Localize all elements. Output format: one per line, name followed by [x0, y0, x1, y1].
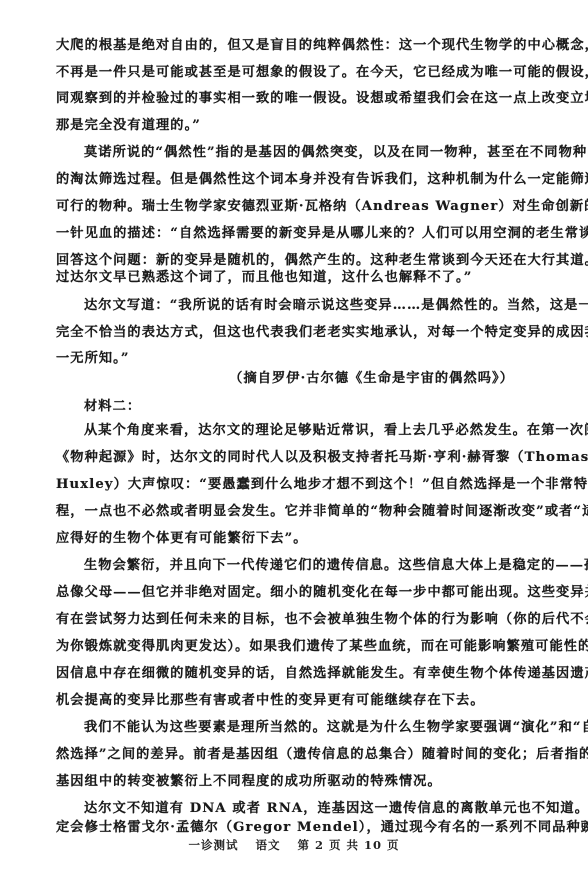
text-line: 的淘汰筛选过程。但是偶然性这个词本身并没有告诉我们，这种机制为什么一定能筛选出: [56, 170, 540, 190]
text-line: 应得好的生物个体更有可能繁衍下去”。: [56, 529, 540, 549]
text-line: 过达尔文早已熟悉这个词了，而且他也知道，这什么也解释不了。”: [56, 268, 540, 288]
source-citation: （摘自罗伊·古尔德《生命是宇宙的偶然吗》）: [229, 369, 514, 389]
text-line: 基因组中的转变被繁衍上不同程度的成功所驱动的特殊情况。: [56, 772, 540, 792]
paragraph-start: 达尔文写道：“我所说的话有时会暗示说这些变异……是偶然性的。当然，这是一个: [84, 296, 540, 316]
exam-name: 一诊测试: [188, 838, 238, 852]
text-line: 为你锻炼就变得肌肉更发达）。如果我们遗传了某些血统，而在可能影响繁殖可能性的基: [56, 637, 540, 657]
paragraph-start: 我们不能认为这些要素是理所当然的。这就是为什么生物学家要强调“演化”和“自: [84, 718, 540, 738]
text-line: 机会提高的变异比那些有害或者中性的变异更有可能继续存在下去。: [56, 691, 540, 711]
section-heading: 材料二：: [84, 397, 540, 417]
text-line: 有在尝试努力达到任何未来的目标，也不会被单独生物个体的行为影响（你的后代不会因: [56, 610, 540, 630]
text-line: 因信息中存在细微的随机变异的话，自然选择就能发生。有幸使生物个体传递基因遗产的: [56, 664, 540, 684]
text-line: 同观察到的并检验过的事实相一致的唯一假设。设想或希望我们会在这一点上改变立场，: [56, 89, 540, 109]
paragraph-start: 生物会繁衍，并且向下一代传递它们的遗传信息。这些信息大体上是稳定的——孩子: [84, 556, 540, 576]
text-line: 程，一点也不必然或者明显会发生。它并非简单的“物种会随着时间逐渐改变”或者“适: [56, 502, 540, 522]
text-line: 可行的物种。瑞士生物学家安德烈亚斯·瓦格纳（Andreas Wagner）对生命…: [56, 197, 540, 217]
text-line: 不再是一件只是可能或甚至是可想象的假设了。在今天，它已经成为唯一可能的假设，并: [56, 63, 540, 83]
paragraph-start: 达尔文不知道有 DNA 或者 RNA，连基因这一遗传信息的离散单元也不知道。正是…: [84, 799, 540, 819]
text-line: 定会修士格雷戈尔·孟德尔（Gregor Mendel），通过现今有名的一系列不同…: [56, 818, 540, 838]
text-line: 那是完全没有道理的。”: [56, 116, 540, 136]
page-footer: 一诊测试 语文 第 2 页 共 10 页: [0, 837, 588, 853]
subject-name: 语文: [255, 838, 280, 852]
text-line: 一无所知。”: [56, 349, 540, 369]
text-line: 一针见血的描述：“自然选择需要的新变异是从哪儿来的？人们可以用空洞的老生常谈来: [56, 224, 540, 244]
exam-page: 大爬的根基是绝对自由的，但又是盲目的纯粹偶然性：这一个现代生物学的中心概念，已 …: [0, 0, 588, 876]
paragraph-start: 从某个角度来看，达尔文的理论足够贴近常识，看上去几乎必然发生。在第一次阅读: [84, 421, 540, 441]
page-number: 第 2 页 共 10 页: [298, 838, 400, 852]
text-line: 完全不恰当的表达方式，但这也代表我们老老实实地承认，对每一个特定变异的成因我们: [56, 323, 540, 343]
text-line: 《物种起源》时，达尔文的同时代人以及积极支持者托马斯·亨利·赫胥黎（Thomas…: [56, 448, 540, 468]
text-line: Huxley）大声惊叹：“要愚蠢到什么地步才想不到这个！”但自然选择是一个非常特…: [56, 475, 540, 495]
text-line: 大爬的根基是绝对自由的，但又是盲目的纯粹偶然性：这一个现代生物学的中心概念，已: [56, 36, 540, 56]
text-line: 然选择”之间的差异。前者是基因组（遗传信息的总集合）随着时间的变化；后者指的是: [56, 745, 540, 765]
paragraph-start: 莫诺所说的“偶然性”指的是基因的偶然突变，以及在同一物种，甚至在不同物种间: [84, 143, 540, 163]
text-line: 总像父母——但它并非绝对固定。细小的随机变化在每一步中都可能出现。这些变异并没: [56, 583, 540, 603]
